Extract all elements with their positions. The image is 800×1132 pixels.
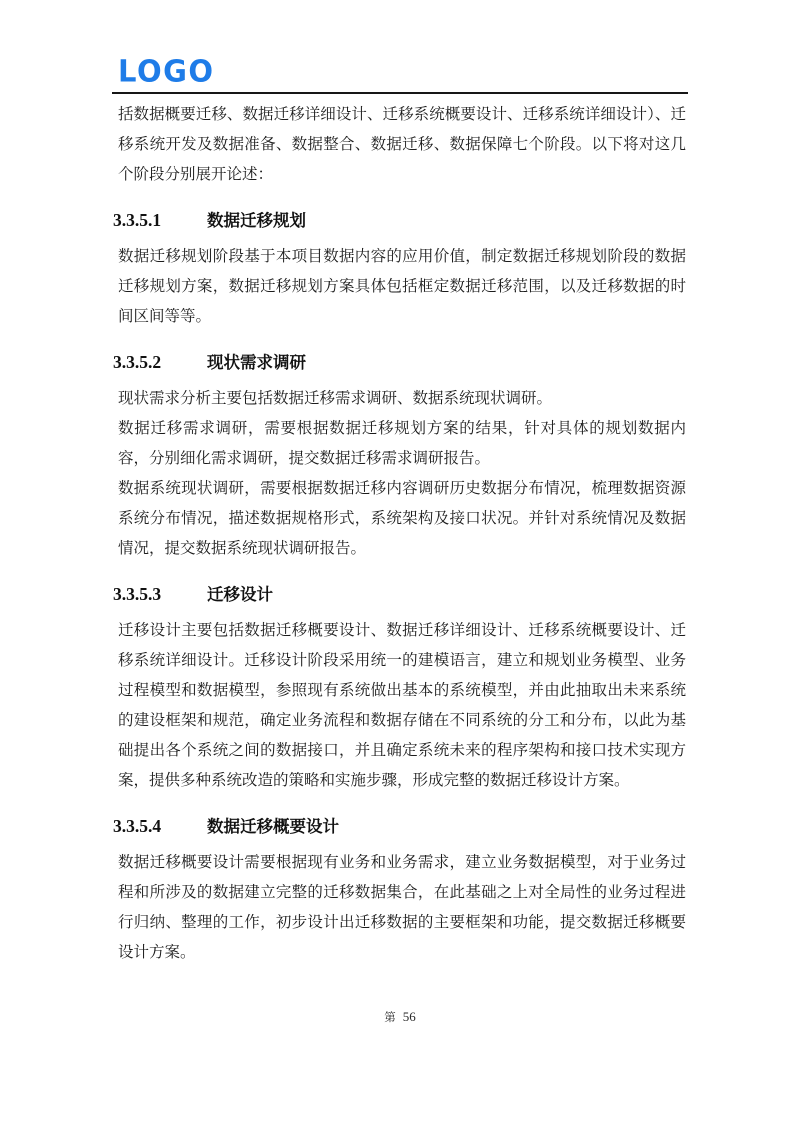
document-body: 括数据概要迁移、数据迁移详细设计、迁移系统概要设计、迁移系统详细设计）、迁移系统… [118,100,686,968]
page-footer: 第56 [0,1008,800,1026]
section-paragraph: 数据迁移需求调研，需要根据数据迁移规划方案的结果，针对具体的规划数据内容，分别细… [118,414,686,474]
section-number: 3.3.5.1 [113,208,207,232]
section-paragraph: 迁移设计主要包括数据迁移概要设计、数据迁移详细设计、迁移系统概要设计、迁移系统详… [118,616,686,796]
section-current-requirements-research: 3.3.5.2现状需求调研 现状需求分析主要包括数据迁移需求调研、数据系统现状调… [118,350,686,564]
section-paragraph: 数据迁移概要设计需要根据现有业务和业务需求，建立业务数据模型，对于业务过程和所涉… [118,848,686,968]
section-heading: 3.3.5.1数据迁移规划 [113,208,686,233]
section-paragraph: 现状需求分析主要包括数据迁移需求调研、数据系统现状调研。 [118,384,686,414]
section-migration-design: 3.3.5.3迁移设计 迁移设计主要包括数据迁移概要设计、数据迁移详细设计、迁移… [118,582,686,796]
section-data-migration-outline-design: 3.3.5.4数据迁移概要设计 数据迁移概要设计需要根据现有业务和业务需求，建立… [118,814,686,968]
section-heading: 3.3.5.3迁移设计 [113,582,686,607]
section-number: 3.3.5.2 [113,350,207,374]
section-paragraph: 数据系统现状调研，需要根据数据迁移内容调研历史数据分布情况，梳理数据资源系统分布… [118,474,686,564]
section-heading: 3.3.5.2现状需求调研 [113,350,686,375]
section-number: 3.3.5.4 [113,814,207,838]
footer-page-label: 第 [384,1012,396,1024]
section-title: 数据迁移概要设计 [207,818,339,836]
section-number: 3.3.5.3 [113,582,207,606]
intro-paragraph: 括数据概要迁移、数据迁移详细设计、迁移系统概要设计、迁移系统详细设计）、迁移系统… [118,100,686,190]
section-title: 迁移设计 [207,586,273,604]
page-header: LOGO [112,54,688,94]
document-page: LOGO 括数据概要迁移、数据迁移详细设计、迁移系统概要设计、迁移系统详细设计）… [0,0,800,1132]
section-data-migration-planning: 3.3.5.1数据迁移规划 数据迁移规划阶段基于本项目数据内容的应用价值，制定数… [118,208,686,332]
company-logo: LOGO [112,53,215,89]
section-paragraph: 数据迁移规划阶段基于本项目数据内容的应用价值，制定数据迁移规划阶段的数据迁移规划… [118,242,686,332]
section-title: 数据迁移规划 [207,212,306,230]
section-heading: 3.3.5.4数据迁移概要设计 [113,814,686,839]
footer-page-number: 56 [403,1009,416,1024]
section-title: 现状需求调研 [207,354,306,372]
header-divider [112,92,688,94]
